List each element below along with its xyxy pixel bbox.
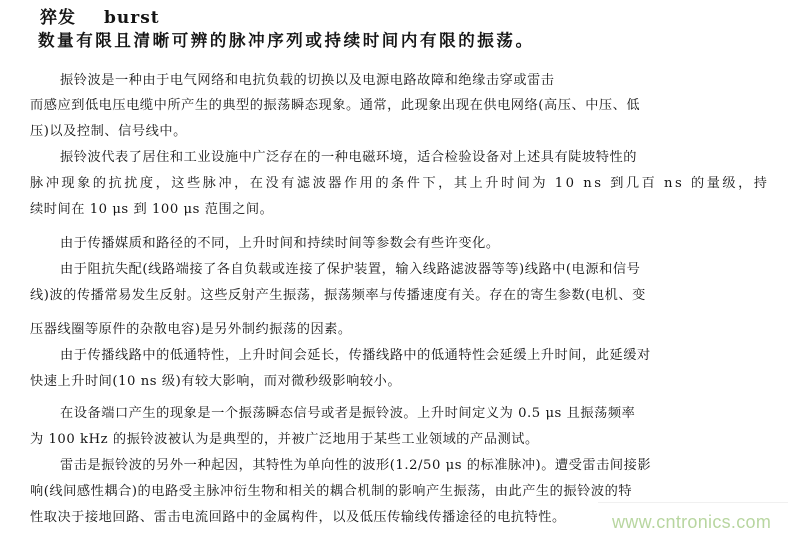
term-definition: 数量有限且清晰可辨的脉冲序列或持续时间内有限的振荡。 (38, 27, 535, 51)
text-line: 在设备端口产生的现象是一个振荡瞬态信号或者是振铃波。上升时间定义为 0.5 μs… (60, 406, 635, 422)
text-line: 由于传播线路中的低通特性，上升时间会延长，传播线路中的低通特性会延缓上升时间，此… (60, 348, 651, 364)
text-line: 脉冲现象的抗扰度，这些脉冲，在没有滤波器作用的条件下，其上升时间为 10 ns … (30, 176, 770, 192)
text-line: 响(线间感性耦合)的电路受主脉冲衍生物和相关的耦合机制的影响产生振荡，由此产生的… (30, 484, 632, 500)
text-line: 振铃波代表了居住和工业设施中广泛存在的一种电磁环境，适合检验设备对上述具有陡坡特… (60, 150, 637, 166)
text-line: 雷击是振铃波的另外一种起因，其特性为单向性的波形(1.2/50 μs 的标准脉冲… (60, 458, 651, 474)
text-line: 由于传播媒质和路径的不同，上升时间和持续时间等参数会有些许变化。 (60, 236, 500, 252)
text-line: 由于阻抗失配(线路端接了各自负载或连接了保护装置，输入线路滤波器等等)线路中(电… (60, 262, 640, 278)
term-heading: 猝发burst (40, 3, 160, 28)
text-line: 而感应到低电压电缆中所产生的典型的振荡瞬态现象。通常，此现象出现在供电网络(高压… (30, 98, 640, 114)
text-line: 续时间在 10 μs 到 100 μs 范围之间。 (30, 202, 273, 218)
term-english: burst (104, 8, 160, 28)
text-line: 线)波的传播常易发生反射。这些反射产生振荡，振荡频率与传播速度有关。存在的寄生参… (30, 288, 646, 304)
text-line: 快速上升时间(10 ns 级)有较大影响，而对微秒级影响较小。 (30, 374, 401, 390)
text-line: 性取决于接地回路、雷击电流回路中的金属构件，以及低压传输线传播途径的电抗特性。 (30, 510, 566, 526)
text-line: 振铃波是一种由于电气网络和电抗负载的切换以及电源电路故障和绝缘击穿或雷击 (60, 73, 555, 89)
text-line: 压)以及控制、信号线中。 (30, 124, 187, 140)
divider (598, 502, 788, 503)
watermark: www.cntronics.com (612, 512, 771, 533)
text-line: 压器线圈等原件的杂散电容)是另外制约振荡的因素。 (30, 322, 352, 338)
term-chinese: 猝发 (40, 8, 76, 28)
text-line: 为 100 kHz 的振铃波被认为是典型的，并被广泛地用于某些工业领域的产品测试… (30, 432, 539, 448)
